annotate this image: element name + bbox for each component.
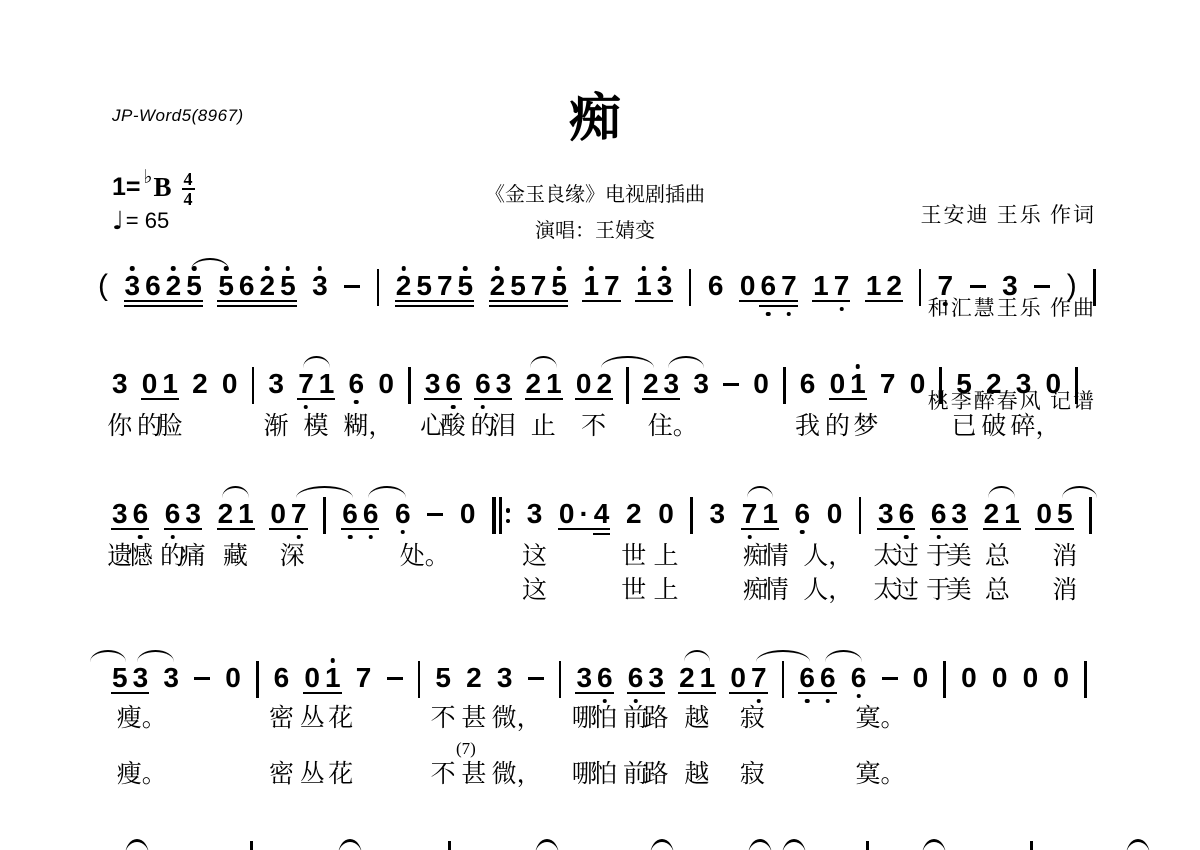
- note: 3: [527, 502, 543, 526]
- octave-dot-low: [766, 312, 771, 317]
- note: 3: [1016, 372, 1032, 396]
- lyric-syllable: 怕: [592, 706, 617, 732]
- note-group: 3625: [125, 274, 202, 298]
- tie-arc: [530, 356, 557, 368]
- note-group: 63: [475, 372, 511, 396]
- octave-dot-low: [633, 699, 638, 704]
- beam-line: [759, 305, 797, 308]
- note-group: 66: [799, 666, 835, 690]
- note: 2: [679, 666, 695, 690]
- note: 0: [1053, 666, 1069, 690]
- note: 0: [961, 666, 977, 690]
- lyric-syllable: 糊，: [343, 414, 393, 440]
- octave-dot-high: [286, 266, 291, 271]
- barline: [939, 367, 942, 404]
- note: 6: [274, 666, 290, 690]
- note: 6: [342, 502, 358, 526]
- score-system-3: 36632107666030·4203716036632105遗憾的痛藏深处。这…: [112, 502, 1092, 532]
- note: 6: [799, 666, 815, 690]
- lyric-syllable: 路: [644, 706, 669, 732]
- note: 6: [395, 502, 411, 526]
- lyric-syllable: 瘦。: [117, 762, 167, 788]
- note: 6: [475, 372, 491, 396]
- note: 6: [133, 502, 149, 526]
- note-group: 01: [304, 666, 340, 690]
- duration-dash: [528, 677, 544, 680]
- note: 2: [490, 274, 506, 298]
- notation-row: 36632107666030·4203716036632105: [112, 502, 1092, 534]
- score-system-4: 533060175233663210766600000瘦。密丛花不甚微，哪怕前路…: [112, 666, 1087, 696]
- cutoff-tie-arc: [922, 839, 946, 850]
- note: 3: [312, 274, 328, 298]
- lyric-syllable: 密: [269, 762, 294, 788]
- key-signature: 1= ♭ B 4 4: [112, 174, 195, 207]
- octave-dot-low: [826, 699, 831, 704]
- notation-row: (3625562532575257517136067171273): [98, 274, 1096, 306]
- lyric-syllable: 越: [684, 762, 709, 788]
- note: 5: [551, 274, 567, 298]
- beam-line: [124, 305, 203, 308]
- note: 7: [298, 372, 314, 396]
- note-group: 21: [526, 372, 562, 396]
- note: 3: [496, 372, 512, 396]
- note: 3: [112, 372, 128, 396]
- cutoff-tie-arc: [782, 839, 806, 850]
- note: 0: [913, 666, 929, 690]
- tie-arc: [137, 650, 174, 662]
- note-group: 01: [830, 372, 866, 396]
- lyric-syllable: 这: [522, 544, 547, 570]
- barline: [943, 661, 946, 698]
- lyric-syllable: 寂: [740, 762, 765, 788]
- note: 0: [992, 666, 1008, 690]
- note: 0: [304, 666, 320, 690]
- note: 5: [112, 666, 128, 690]
- note-group: 07: [270, 502, 306, 526]
- repeat-dot: [506, 508, 511, 513]
- note: 7: [291, 502, 307, 526]
- note: 1: [866, 274, 882, 298]
- note: 0: [559, 502, 575, 526]
- duration-dash: [723, 383, 739, 386]
- beam-line: [489, 305, 568, 308]
- note: 7: [834, 274, 850, 298]
- octave-dot-low: [805, 699, 810, 704]
- note-group: 2575: [396, 274, 473, 298]
- cutoff-tie-arc: [338, 839, 362, 850]
- note-group: 21: [984, 502, 1020, 526]
- octave-dot-high: [318, 266, 323, 271]
- tie-arc: [191, 258, 229, 270]
- note: 5: [458, 274, 474, 298]
- tie-arc: [222, 486, 249, 498]
- note: 6: [145, 274, 161, 298]
- octave-dot-low: [348, 535, 353, 540]
- tie-arc: [988, 486, 1015, 498]
- note: 7: [604, 274, 620, 298]
- note: 0: [1023, 666, 1039, 690]
- key-prefix: 1=: [112, 174, 141, 200]
- cutoff-tie-arc: [1126, 839, 1150, 850]
- note: 1: [319, 372, 335, 396]
- note: 0: [142, 372, 158, 396]
- note: 3: [112, 502, 128, 526]
- note: 7: [781, 274, 797, 298]
- octave-dot-low: [401, 530, 406, 535]
- note: 6: [795, 502, 811, 526]
- octave-dot-high: [495, 266, 500, 271]
- octave-dot-low: [839, 307, 844, 312]
- note-group: 05: [1036, 502, 1072, 526]
- note: 2: [166, 274, 182, 298]
- flat-icon: ♭: [144, 170, 153, 186]
- lyric-syllable: 模: [303, 414, 328, 440]
- note: 6: [851, 666, 867, 690]
- lyric-syllable: 痛: [181, 544, 206, 570]
- cutoff-barline: [448, 841, 451, 850]
- parenthesis: ): [1067, 272, 1077, 300]
- note: 2: [886, 274, 902, 298]
- note-group: 17: [583, 274, 619, 298]
- note: 3: [664, 372, 680, 396]
- lyric-syllable: 这: [522, 578, 547, 604]
- lyric-syllable: 花: [328, 762, 353, 788]
- note: 1: [1004, 502, 1020, 526]
- note: 6: [931, 502, 947, 526]
- note: 3: [951, 502, 967, 526]
- note: 3: [1002, 274, 1018, 298]
- note-group: 17: [813, 274, 849, 298]
- octave-dot-low: [904, 535, 909, 540]
- barline: [626, 367, 629, 404]
- note: 2: [643, 372, 659, 396]
- octave-dot-high: [557, 266, 562, 271]
- lyric-syllable: 寂: [740, 706, 765, 732]
- lyric-syllable: 你: [107, 414, 132, 440]
- note: 0: [576, 372, 592, 396]
- note: 6: [597, 666, 613, 690]
- note: 0: [730, 666, 746, 690]
- note: 5: [186, 274, 202, 298]
- barline: [859, 497, 862, 534]
- note-group: 71: [742, 502, 778, 526]
- note: 2: [218, 502, 234, 526]
- note: 0: [1036, 502, 1052, 526]
- lyric-syllable: 怕: [592, 762, 617, 788]
- sheet-music-page: { "header": { "watermark": "JP-Word5(896…: [0, 0, 1200, 850]
- note-group: 36: [425, 372, 461, 396]
- note-group: 02: [576, 372, 612, 396]
- lyric-syllable: 人，: [803, 544, 853, 570]
- lyric-syllable: 消: [1052, 544, 1077, 570]
- note: 7: [531, 274, 547, 298]
- note: 5: [510, 274, 526, 298]
- note: 7: [751, 666, 767, 690]
- lyric-syllable: 越: [684, 706, 709, 732]
- lyric-syllable: 住。: [648, 414, 698, 440]
- lyric-syllable: 甚: [461, 762, 486, 788]
- barline: [1093, 269, 1096, 306]
- lyric-syllable: 寞。: [856, 706, 906, 732]
- subtitle: 《金玉良缘》电视剧插曲: [300, 178, 890, 207]
- annotation: (7): [456, 740, 476, 758]
- note: 4: [594, 502, 610, 526]
- note: 3: [878, 502, 894, 526]
- time-signature: 4 4: [182, 171, 195, 207]
- lyric-syllable: 消: [1052, 578, 1077, 604]
- note: 6: [628, 666, 644, 690]
- note: 2: [466, 666, 482, 690]
- note: 1: [162, 372, 178, 396]
- note: 1: [546, 372, 562, 396]
- lyric-syllable: 美: [947, 544, 972, 570]
- note: 5: [280, 274, 296, 298]
- lyric-syllable: 情: [764, 544, 789, 570]
- lyric-syllable: 总: [985, 544, 1010, 570]
- beam-line: [217, 305, 296, 308]
- tie-arc: [303, 356, 330, 368]
- lyric-syllable: 破: [981, 414, 1006, 440]
- barline: [377, 269, 380, 306]
- note-group: 067: [740, 274, 797, 298]
- lyric-syllable: 深: [280, 544, 305, 570]
- note: 6: [820, 666, 836, 690]
- lyric-syllable: 微，: [492, 762, 542, 788]
- note-group: 36: [112, 502, 148, 526]
- note: 5: [435, 666, 451, 690]
- repeat-dot: [506, 519, 511, 524]
- lyric-syllable: 过: [894, 578, 919, 604]
- note: 1: [583, 274, 599, 298]
- barline: [252, 367, 255, 404]
- credit-lyricist: 王安迪 王乐 作词: [850, 200, 1096, 231]
- lyric-syllable: 情: [764, 578, 789, 604]
- note-group: 66: [342, 502, 378, 526]
- time-numerator: 4: [182, 171, 195, 190]
- lyric-syllable: 过: [894, 544, 919, 570]
- lyric-syllable: 泪: [491, 414, 516, 440]
- lyric-syllable: 上: [653, 544, 678, 570]
- octave-dot-high: [589, 266, 594, 271]
- barline: [256, 661, 259, 698]
- note: 3: [710, 502, 726, 526]
- note-group: 0·4: [559, 502, 609, 526]
- note: 2: [986, 372, 1002, 396]
- tie-arc: [747, 486, 774, 498]
- octave-dot-low: [800, 530, 805, 535]
- octave-dot-high: [856, 364, 861, 369]
- page-title: 痴: [300, 92, 890, 148]
- note: 1: [813, 274, 829, 298]
- note: 6: [363, 502, 379, 526]
- lyric-syllable: 不: [431, 762, 456, 788]
- barline: [783, 367, 786, 404]
- octave-dot-low: [170, 535, 175, 540]
- cutoff-barline: [1030, 841, 1033, 850]
- lyric-syllable: 处。: [400, 544, 450, 570]
- tie-arc: [825, 650, 862, 662]
- octave-dot-low: [304, 405, 309, 410]
- barline: [782, 661, 785, 698]
- note: 6: [899, 502, 915, 526]
- note: 3: [185, 502, 201, 526]
- note: 2: [596, 372, 612, 396]
- note: 0: [378, 372, 394, 396]
- note: 5: [218, 274, 234, 298]
- note: 1: [325, 666, 341, 690]
- tie-arc: [756, 650, 810, 662]
- note-group: 63: [931, 502, 967, 526]
- note-group: 2575: [490, 274, 567, 298]
- lyric-syllable: 上: [653, 578, 678, 604]
- note-group: 07: [730, 666, 766, 690]
- lyric-syllable: 瘦。: [117, 706, 167, 732]
- lyric-syllable: 世: [621, 544, 646, 570]
- lyric-syllable: 渐: [264, 414, 289, 440]
- lyric-syllable: 微，: [492, 706, 542, 732]
- note-group: 12: [866, 274, 902, 298]
- augmentation-dot: ·: [579, 502, 588, 526]
- note: 0: [827, 502, 843, 526]
- lyric-syllable: 酸: [441, 414, 466, 440]
- note: 0: [460, 502, 476, 526]
- note: 0: [740, 274, 756, 298]
- note: 2: [192, 372, 208, 396]
- octave-dot-low: [354, 400, 359, 405]
- octave-dot-low: [138, 535, 143, 540]
- lyric-syllable: 总: [985, 578, 1010, 604]
- tie-arc: [90, 650, 126, 662]
- score-system-2: 3012037160366321022330601705230你的脸渐模糊，心酸…: [112, 372, 1078, 402]
- note: 0: [222, 372, 238, 396]
- note-group: 36: [878, 502, 914, 526]
- note: 3: [657, 274, 673, 298]
- note: 7: [356, 666, 372, 690]
- tie-arc: [668, 356, 704, 368]
- lyric-syllable: 止: [531, 414, 556, 440]
- note: 6: [760, 274, 776, 298]
- barline: [690, 497, 693, 534]
- tie-arc: [601, 356, 653, 368]
- note-group: 63: [165, 502, 201, 526]
- parenthesis: (: [98, 272, 108, 300]
- cutoff-tie-arc: [650, 839, 674, 850]
- note: 6: [165, 502, 181, 526]
- note: 2: [984, 502, 1000, 526]
- octave-dot-high: [401, 266, 406, 271]
- score-system-1: (3625562532575257517136067171273): [98, 274, 1096, 304]
- octave-dot-low: [603, 699, 608, 704]
- lyric-syllable: 寞。: [856, 762, 906, 788]
- octave-dot-high: [662, 266, 667, 271]
- note: 0: [830, 372, 846, 396]
- octave-dot-low: [451, 405, 456, 410]
- tie-arc: [684, 650, 711, 662]
- octave-dot-low: [936, 535, 941, 540]
- octave-dot-high: [130, 266, 135, 271]
- note-group: 21: [679, 666, 715, 690]
- note: 1: [850, 372, 866, 396]
- octave-dot-high: [171, 266, 176, 271]
- note: 3: [648, 666, 664, 690]
- lyric-syllable: 丛: [300, 762, 325, 788]
- note: 1: [238, 502, 254, 526]
- note: 6: [349, 372, 365, 396]
- note: 2: [260, 274, 276, 298]
- key-letter: B: [153, 174, 171, 200]
- lyric-syllable: 梦: [853, 414, 878, 440]
- notation-row: 3012037160366321022330601705230: [112, 372, 1078, 404]
- note: 3: [425, 372, 441, 396]
- note-group: 53: [112, 666, 148, 690]
- octave-dot-high: [331, 658, 336, 663]
- octave-dot-low: [368, 535, 373, 540]
- lyric-syllable: 密: [269, 706, 294, 732]
- beam-line: [395, 305, 474, 308]
- octave-dot-low: [481, 405, 486, 410]
- note: 0: [753, 372, 769, 396]
- note: 6: [708, 274, 724, 298]
- octave-dot-low: [296, 535, 301, 540]
- lyric-syllable: 脸: [158, 414, 183, 440]
- note: 5: [956, 372, 972, 396]
- tie-arc: [296, 486, 353, 498]
- lyric-syllable: 碎，: [1011, 414, 1061, 440]
- tie-arc: [368, 486, 406, 498]
- cutoff-tie-arc: [535, 839, 559, 850]
- note: 2: [626, 502, 642, 526]
- tempo-marking: ♩ = 65: [112, 208, 169, 234]
- note: 3: [268, 372, 284, 396]
- note-group: 63: [628, 666, 664, 690]
- note: 3: [693, 372, 709, 396]
- barline: [1089, 497, 1092, 534]
- note: 1: [762, 502, 778, 526]
- note: 7: [880, 372, 896, 396]
- octave-dot-high: [642, 266, 647, 271]
- performer: 演唱：王婧变: [300, 214, 890, 243]
- octave-dot-low: [757, 699, 762, 704]
- lyric-syllable: 藏: [223, 544, 248, 570]
- lyric-syllable: 不: [581, 414, 606, 440]
- lyric-syllable: 路: [644, 762, 669, 788]
- barline: [408, 367, 411, 404]
- note-group: 67: [760, 274, 796, 298]
- note-group: 5625: [218, 274, 295, 298]
- beam-line: [593, 533, 611, 536]
- duration-dash: [1034, 285, 1050, 288]
- note: 5: [416, 274, 432, 298]
- barline: [559, 661, 562, 698]
- note: 0: [225, 666, 241, 690]
- note: 0: [1046, 372, 1062, 396]
- note: 2: [526, 372, 542, 396]
- watermark: JP-Word5(8967): [112, 106, 244, 126]
- note-group: 36: [576, 666, 612, 690]
- duration-dash: [970, 285, 986, 288]
- lyric-syllable: 不: [431, 706, 456, 732]
- cutoff-barline: [250, 841, 253, 850]
- barline: [1075, 367, 1078, 404]
- note: 0: [910, 372, 926, 396]
- note: 0: [658, 502, 674, 526]
- octave-dot-low: [943, 302, 948, 307]
- note-group: 23: [643, 372, 679, 396]
- note: 1: [700, 666, 716, 690]
- note: 7: [742, 502, 758, 526]
- note: 2: [396, 274, 412, 298]
- note: 3: [163, 666, 179, 690]
